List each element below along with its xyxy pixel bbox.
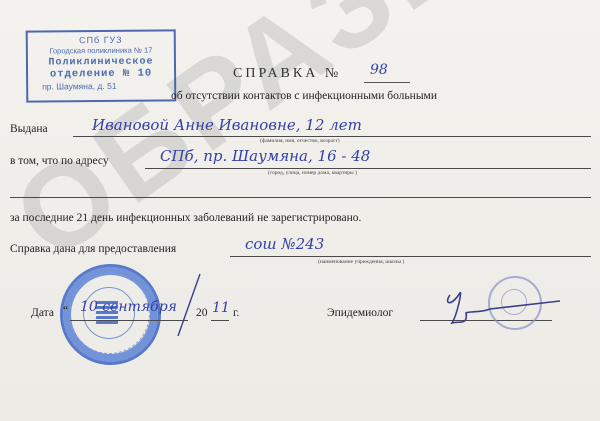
date-pen-stroke xyxy=(170,270,210,340)
signature-label: Эпидемиолог xyxy=(327,307,393,319)
year-line xyxy=(211,320,229,321)
stamp-line-5: пр. Шаумяна, д. 51 xyxy=(28,80,174,91)
purpose-value: сош №243 xyxy=(245,235,324,253)
issued-to-value: Ивановой Анне Ивановне, 12 лет xyxy=(92,116,362,134)
date-label: Дата xyxy=(31,307,54,319)
address-label: в том, что по адресу xyxy=(10,155,109,167)
purpose-line xyxy=(230,256,591,257)
date-value: 10 сентября xyxy=(80,299,177,315)
stamp-line-4: отделение № 10 xyxy=(28,67,174,80)
address-value: СПб, пр. Шаумяна, 16 - 48 xyxy=(160,147,370,165)
date-open-quote: “ xyxy=(63,305,68,317)
document-subtitle: об отсутствии контактов с инфекционными … xyxy=(171,90,437,102)
institution-stamp: СПб ГУЗ Городская поликлиника № 17 Полик… xyxy=(26,29,177,102)
year-unit: г. xyxy=(233,307,239,319)
address-hint: (город, улица, номер дома, квартиры ) xyxy=(268,170,357,176)
issued-to-hint: (фамилия, имя, отчество, возраст) xyxy=(260,138,340,144)
signature-scribble xyxy=(440,283,570,333)
document-title: СПРАВКА № xyxy=(233,66,341,82)
certificate-number: 98 xyxy=(370,62,388,78)
address-continuation-line xyxy=(10,197,591,198)
issued-to-label: Выдана xyxy=(10,123,48,135)
purpose-hint: (наименование учреждения, школы ) xyxy=(318,259,404,265)
address-line xyxy=(145,168,591,169)
year-suffix: 11 xyxy=(212,300,230,316)
statement-text: за последние 21 день инфекционных заболе… xyxy=(10,212,361,224)
purpose-label: Справка дана для предоставления xyxy=(10,243,176,255)
issued-to-line xyxy=(73,136,591,137)
number-underline xyxy=(364,82,410,83)
stamp-line-2: Городская поликлиника № 17 xyxy=(28,45,174,55)
stamp-line-1: СПб ГУЗ xyxy=(28,34,174,45)
